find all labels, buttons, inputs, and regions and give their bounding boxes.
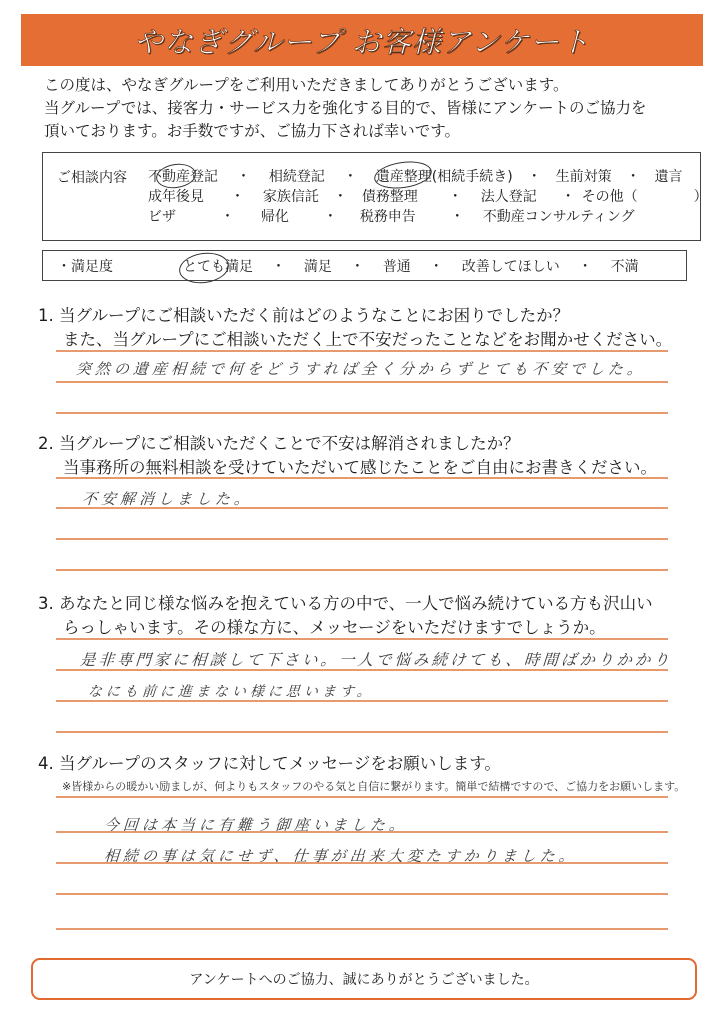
satisfaction-label: ・満足度 xyxy=(57,256,183,276)
answer-rule-line xyxy=(56,669,668,671)
answer-rule-line xyxy=(56,700,668,702)
consultation-box: ご相談内容 不動産登記 ・ 相続登記 ・ 遺産整理(相続手続き) ・ 生前対策 … xyxy=(42,152,701,241)
intro-line: 頂いております。お手数ですが、ご協力下されば幸いです。 xyxy=(44,120,704,143)
separator: ・ xyxy=(236,167,250,187)
separator: ・ xyxy=(626,167,640,187)
answer-rule-line xyxy=(56,862,668,864)
separator: ・ xyxy=(450,207,464,227)
answer-rule-line xyxy=(56,731,668,733)
separator: ・ xyxy=(448,187,462,207)
thank-you-box: アンケートへのご協力、誠にありがとうございました。 xyxy=(31,958,697,1000)
option-family-trust[interactable]: 家族信託 xyxy=(263,187,319,207)
option-visa[interactable]: ビザ xyxy=(148,207,176,227)
answer-handwriting[interactable]: 突然の遺産相続で何をどうすれば全く分からずとても不安でした。 xyxy=(75,358,646,379)
consultation-label: ご相談内容 xyxy=(57,167,127,187)
option-debt-consolidation[interactable]: 債務整理 xyxy=(362,187,418,207)
answer-rule-line xyxy=(56,831,668,833)
answer-rule-line xyxy=(56,412,668,414)
question-4-note: ※皆様からの暖かい励ましが、何よりもスタッフのやる気と自信に繋がります。簡単で結… xyxy=(62,778,685,794)
option-dissatisfied[interactable]: 不満 xyxy=(611,259,639,275)
consultation-options: 不動産登記 ・ 相続登記 ・ 遺産整理(相続手続き) ・ 生前対策 ・ 遺言 成… xyxy=(148,167,708,227)
answer-rule-line xyxy=(56,928,668,930)
answer-handwriting[interactable]: 不安解消しました。 xyxy=(81,488,253,509)
option-tax-filing[interactable]: 税務申告 xyxy=(360,207,416,227)
thank-you-message: アンケートへのご協力、誠にありがとうございました。 xyxy=(189,969,538,989)
intro-text: この度は、やなぎグループをご利用いただきましてありがとうございます。 当グループ… xyxy=(44,74,704,143)
answer-rule-line xyxy=(56,381,668,383)
question-text: 1. 当グループにご相談いただく前はどのようなことにお困りでしたか？ xyxy=(38,304,672,328)
option-will[interactable]: 遺言 xyxy=(655,167,683,187)
answer-rule-line xyxy=(56,569,668,571)
option-estate-planning[interactable]: 生前対策 xyxy=(556,167,612,187)
consultation-row: ビザ ・ 帰化 ・ 税務申告 ・ 不動産コンサルティング xyxy=(148,207,708,227)
question-3: 3. あなたと同じ様な悩みを抱えている方の中で、一人で悩み続けている方も沢山い … xyxy=(38,592,653,640)
survey-title: やなぎグループ お客様アンケート xyxy=(134,20,590,61)
question-text: 4. 当グループのスタッフに対してメッセージをお願いします。 xyxy=(38,752,501,776)
answer-handwriting[interactable]: 是非専門家に相談して下さい。一人で悩み続けても、時間ばかりかかり xyxy=(79,648,673,670)
intro-line: この度は、やなぎグループをご利用いただきましてありがとうございます。 xyxy=(44,74,704,97)
option-real-estate-registration[interactable]: 不動産登記 xyxy=(148,167,218,187)
option-real-estate-consulting[interactable]: 不動産コンサルティング xyxy=(483,207,635,227)
separator: ・ xyxy=(220,207,234,227)
answer-rule-line xyxy=(56,507,668,509)
answer-rule-line xyxy=(56,638,668,640)
answer-rule-line xyxy=(56,477,668,479)
satisfaction-options: とても満足 ・ 満足 ・ 普通 ・ 改善してほしい ・ 不満 xyxy=(183,256,639,276)
separator: ・ xyxy=(578,259,592,275)
option-very-satisfied[interactable]: とても満足 xyxy=(183,259,253,275)
consultation-row: 成年後見 ・ 家族信託 ・ 債務整理 ・ 法人登記 ・ その他（ ） xyxy=(148,187,708,207)
option-corporate-registration[interactable]: 法人登記 xyxy=(481,187,537,207)
satisfaction-box: ・満足度 とても満足 ・ 満足 ・ 普通 ・ 改善してほしい ・ 不満 xyxy=(42,250,687,281)
question-text: 3. あなたと同じ様な悩みを抱えている方の中で、一人で悩み続けている方も沢山い xyxy=(38,592,653,616)
separator: ・ xyxy=(333,187,347,207)
separator: ・ xyxy=(343,167,357,187)
question-4: 4. 当グループのスタッフに対してメッセージをお願いします。 xyxy=(38,752,501,776)
answer-handwriting[interactable]: なにも前に進まない様に思います。 xyxy=(87,681,375,701)
question-2: 2. 当グループにご相談いただくことで不安は解消されましたか？ 当事務所の無料相… xyxy=(38,432,657,480)
option-needs-improvement[interactable]: 改善してほしい xyxy=(462,259,560,275)
option-satisfied[interactable]: 満足 xyxy=(304,259,332,275)
answer-rule-line xyxy=(56,893,668,895)
separator: ・ xyxy=(350,259,364,275)
option-inheritance-registration[interactable]: 相続登記 xyxy=(269,167,325,187)
separator: ・ xyxy=(527,167,541,187)
separator: ・ xyxy=(271,259,285,275)
separator: ・ xyxy=(429,259,443,275)
option-adult-guardianship[interactable]: 成年後見 xyxy=(148,187,204,207)
separator: ・ xyxy=(323,207,337,227)
separator: ・ xyxy=(561,187,575,207)
option-estate-settlement[interactable]: 遺産整理(相続手続き) xyxy=(376,167,513,187)
answer-rule-line xyxy=(56,538,668,540)
option-other[interactable]: その他（ ） xyxy=(582,187,708,207)
question-text: 2. 当グループにご相談いただくことで不安は解消されましたか？ xyxy=(38,432,657,456)
option-naturalization[interactable]: 帰化 xyxy=(261,207,289,227)
consultation-row: 不動産登記 ・ 相続登記 ・ 遺産整理(相続手続き) ・ 生前対策 ・ 遺言 xyxy=(148,167,708,187)
intro-line: 当グループでは、接客力・サービス力を強化する目的で、皆様にアンケートのご協力を xyxy=(44,97,704,120)
question-1: 1. 当グループにご相談いただく前はどのようなことにお困りでしたか？ また、当グ… xyxy=(38,304,672,352)
question-text: らっしゃいます。その様な方に、メッセージをいただけますでしょうか。 xyxy=(38,616,653,640)
option-neutral[interactable]: 普通 xyxy=(383,259,411,275)
answer-rule-line xyxy=(56,350,668,352)
answer-rule-line xyxy=(56,796,668,798)
separator: ・ xyxy=(230,187,244,207)
survey-header-bar: やなぎグループ お客様アンケート xyxy=(21,14,703,66)
question-text: また、当グループにご相談いただく上で不安だったことなどをお聞かせください。 xyxy=(38,328,672,352)
